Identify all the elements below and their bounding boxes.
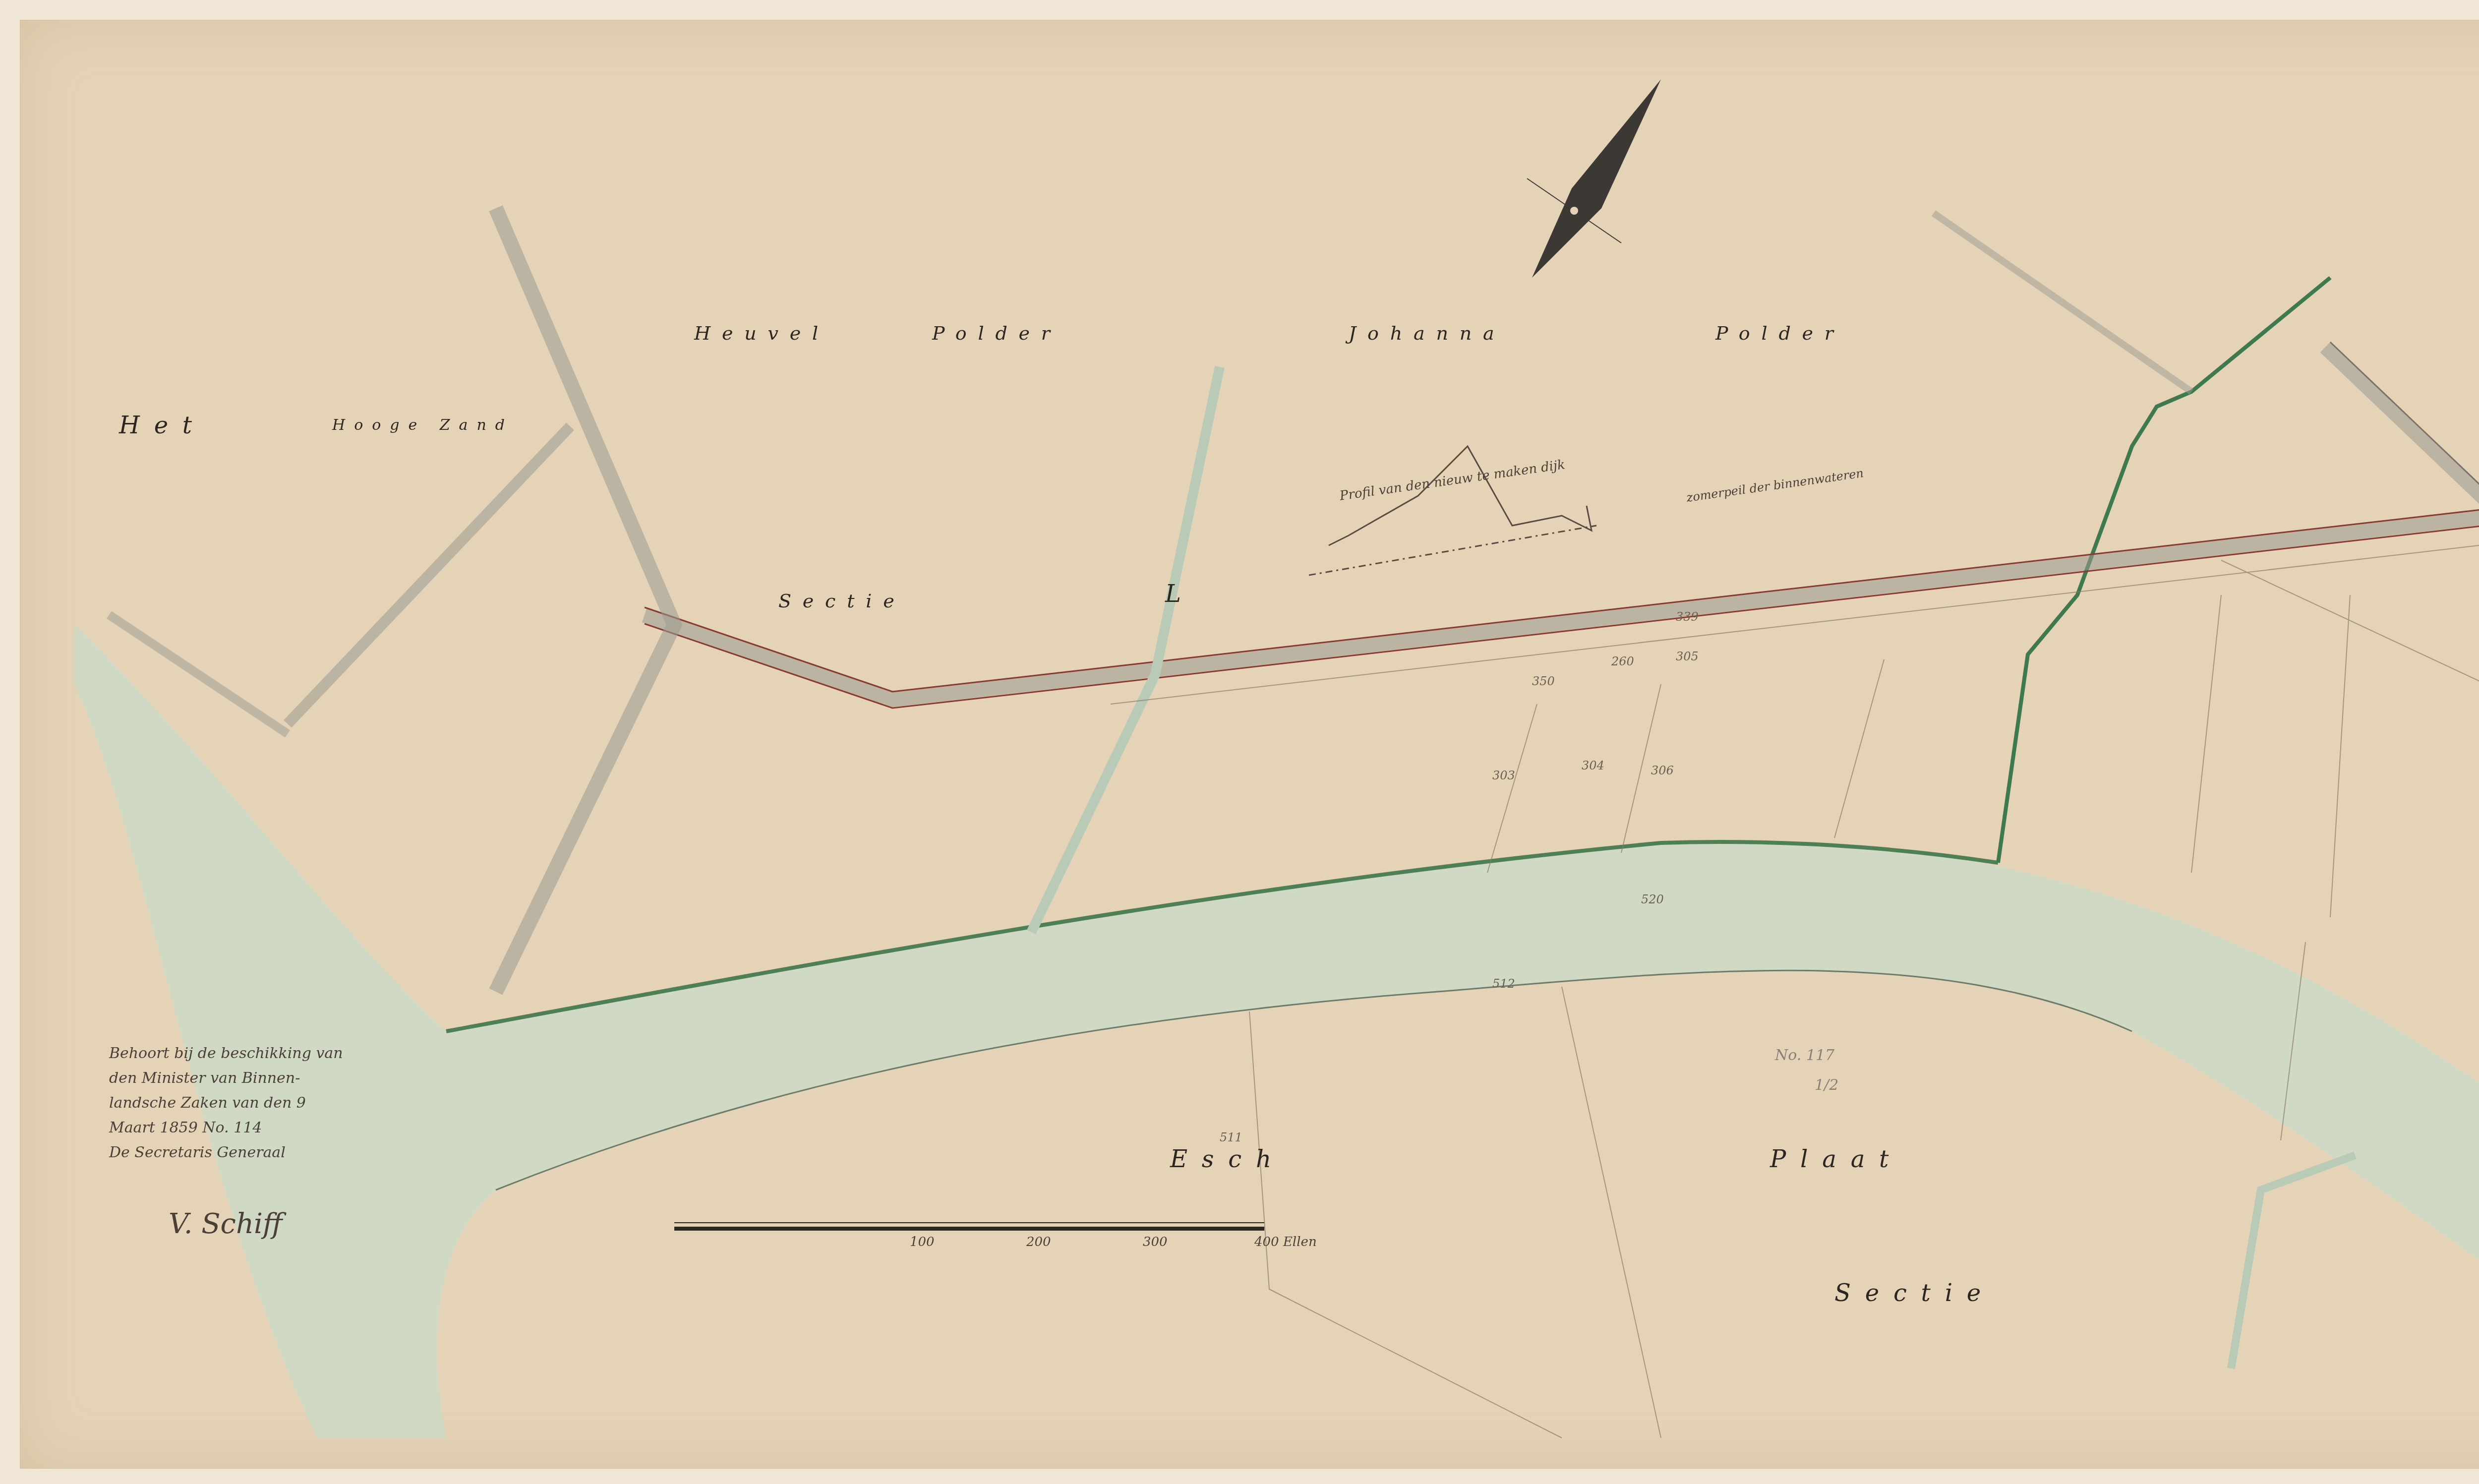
scale-tick-300: 300	[1143, 1235, 1168, 1249]
note-bottom-left: Behoort bij de beschikking van den Minis…	[109, 1041, 343, 1165]
parcel-number: 512	[1492, 977, 1515, 991]
dike-east	[2325, 347, 2479, 1046]
map-drawing	[0, 0, 2479, 1484]
bottom-left-signature: V. Schiff	[169, 1210, 283, 1239]
scale-bar	[674, 1223, 1264, 1231]
parcel-number: 511	[1220, 1130, 1242, 1144]
stream	[1031, 367, 1220, 932]
label-polder-2: Polder	[1715, 322, 1845, 344]
label-sectie-l-letter: L	[1165, 580, 1195, 608]
pencil-note: No. 117	[1775, 1041, 1834, 1070]
parcel-number: 306	[1651, 764, 1674, 777]
parcel-number: 350	[1532, 674, 1555, 688]
label-sectie-l: Sectie	[778, 590, 906, 612]
scale-tick-400: 400 Ellen	[1254, 1235, 1317, 1249]
dike-west	[496, 208, 674, 992]
label-sectie-k: Sectie	[1834, 1279, 1995, 1307]
dike-main	[645, 516, 2479, 699]
parcel-number: 339	[1676, 610, 1699, 624]
parcel-number: 520	[1641, 892, 1664, 906]
label-hooge-zand: Hooge Zand	[332, 416, 514, 434]
compass-needle	[1527, 79, 1661, 278]
parcel-number: 305	[1676, 650, 1699, 663]
label-plaat: Plaat	[1770, 1145, 1903, 1173]
scale-tick-200: 200	[1026, 1235, 1051, 1249]
label-esch: Esch	[1170, 1145, 1286, 1173]
scale-tick-100: 100	[910, 1235, 935, 1249]
label-polder-1: Polder	[932, 322, 1062, 344]
label-heuvel: Heuvel	[694, 322, 829, 344]
label-het: Het	[119, 412, 206, 439]
label-johanna: Johanna	[1349, 322, 1505, 344]
parcel-number: 303	[1492, 769, 1515, 782]
parcel-number: 260	[1611, 654, 1634, 668]
pencil-fraction: 1/2	[1815, 1071, 1838, 1100]
parcel-number: 304	[1582, 759, 1604, 772]
river	[74, 625, 2479, 1468]
